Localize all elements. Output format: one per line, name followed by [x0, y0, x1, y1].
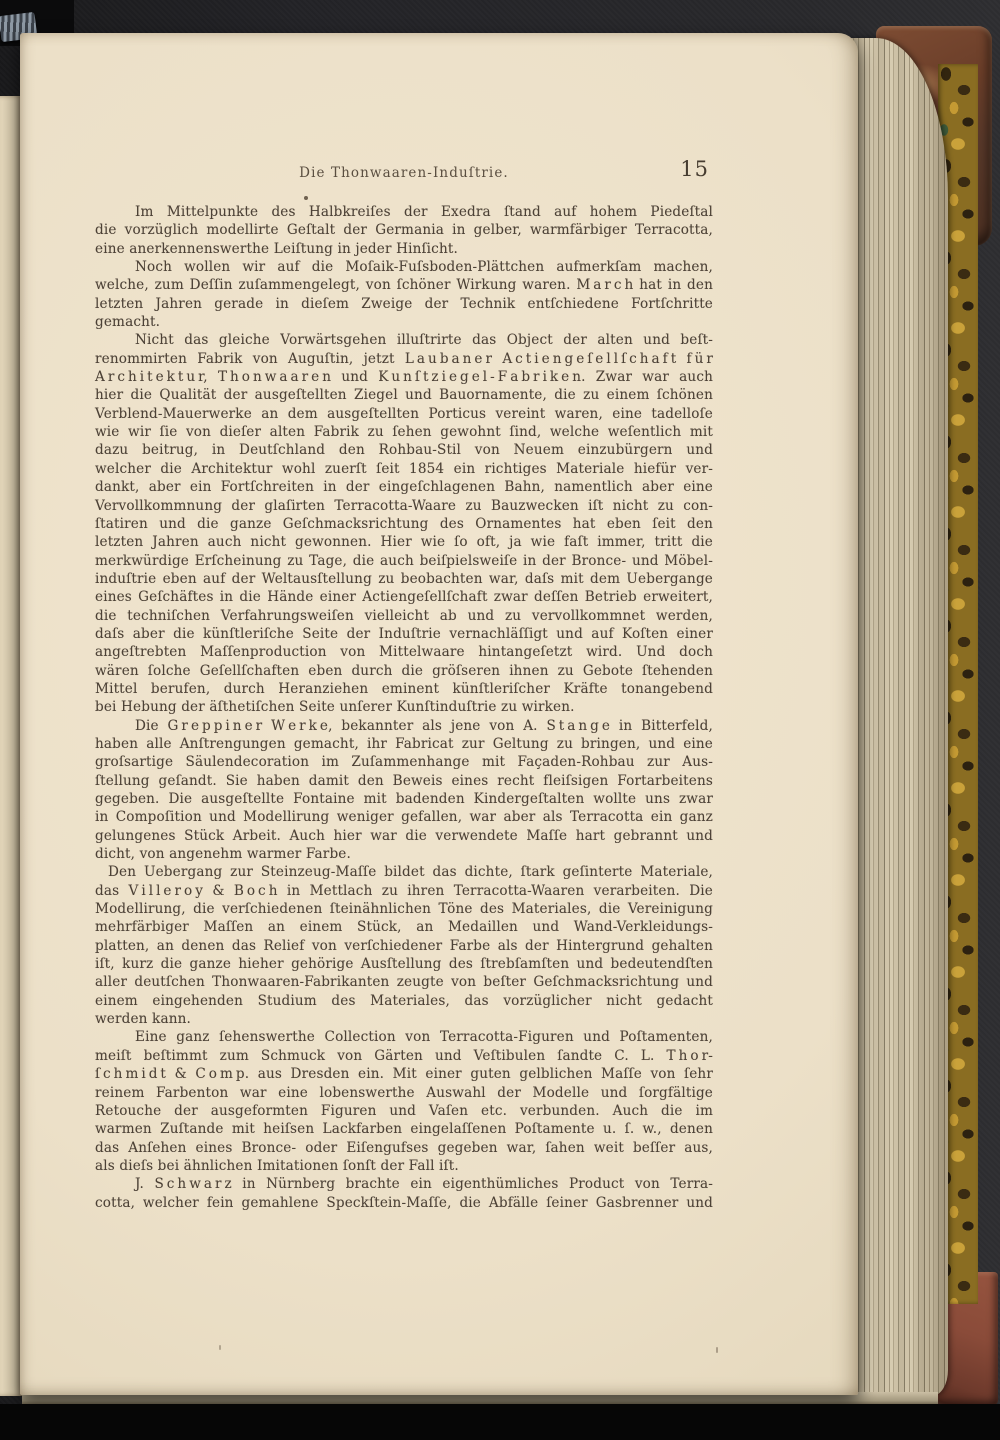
text-line: renommirten Fabrik von Auguſtin, jetzt L…: [95, 350, 713, 368]
text-line: aller deutſchen Thonwaaren-Fabrikanten z…: [95, 973, 713, 991]
text-line: Den Uebergang zur Steinzeug-Maſſe bildet…: [95, 863, 713, 881]
page-header: Die Thonwaaren-Induſtrie. 15: [95, 161, 713, 187]
paragraph: J. S c h w a r z in Nürnberg brachte ein…: [95, 1175, 713, 1212]
text-line: ſtatiren und die ganze Geſchmacksrichtun…: [95, 515, 713, 533]
page-number: 15: [680, 157, 709, 181]
text-line: welcher die Architektur wohl zuerſt ſeit…: [95, 460, 713, 478]
left-page-edge: [0, 96, 22, 1396]
text-line: Noch wollen wir auf die Moſaik-Fuſsboden…: [95, 258, 713, 276]
text-line: eines Geſchäftes in die Hände einer Acti…: [95, 588, 713, 606]
ink-speck: [304, 196, 308, 200]
text-line: das V i l l e r o y & B o c h in Mettlac…: [95, 882, 713, 900]
table-surface-shadow: [0, 1404, 1000, 1440]
text-line: welche, zum Deſſin zuſammengelegt, von ſ…: [95, 276, 713, 294]
paragraphs-container: Im Mittelpunkte des Halbkreiſes der Exed…: [95, 203, 713, 1212]
text-line: dicht, von angenehm warmer Farbe.: [95, 845, 713, 863]
text-line: merkwürdige Erſcheinung zu Tage, die auc…: [95, 552, 713, 570]
page-stack-fore-edge: [850, 38, 948, 1396]
scanned-book-photo: { "book": { "header": { "title": "Die Th…: [0, 0, 1000, 1440]
text-line: cotta, welcher fein gemahlene Speckſtein…: [95, 1194, 713, 1212]
text-line: gelungenes Stück Arbeit. Auch hier war d…: [95, 827, 713, 845]
text-line: Nicht das gleiche Vorwärtsgehen illuſtri…: [95, 331, 713, 349]
text-line: angeſtrebten Maſſenproduction von Mittel…: [95, 643, 713, 661]
text-line: reinem Farbenton war eine lobenswerthe A…: [95, 1084, 713, 1102]
text-line: iſt, kurz die ganze hieher gehörige Ausſ…: [95, 955, 713, 973]
text-line: J. S c h w a r z in Nürnberg brachte ein…: [95, 1175, 713, 1193]
text-line: hier die Qualität der ausgeſtellten Zieg…: [95, 386, 713, 404]
text-line: das Anſehen eines Bronce- oder Eiſengufs…: [95, 1139, 713, 1157]
text-line: wie wir ſie von dieſer alten Fabrik zu ſ…: [95, 423, 713, 441]
paragraph: Noch wollen wir auf die Moſaik-Fuſsboden…: [95, 258, 713, 331]
text-line: Modellirung, die verſchiedenen ſteinähnl…: [95, 900, 713, 918]
text-line: dazu beitrug, in Deutſchland den Rohbau-…: [95, 441, 713, 459]
ink-speck: [716, 1347, 718, 1353]
running-header-title: Die Thonwaaren-Induſtrie.: [299, 165, 509, 181]
ink-speck: [219, 1345, 221, 1350]
text-line: groſsartige Säulendecoration im Zuſammen…: [95, 753, 713, 771]
text-line: werden kann.: [95, 1010, 713, 1028]
text-line: letzten Jahren auch nicht gewonnen. Hier…: [95, 533, 713, 551]
text-line: Die G r e p p i n e r W e r k e, bekannt…: [95, 717, 713, 735]
text-line: als dieſs bei ähnlichen Imitationen ſonſ…: [95, 1157, 713, 1175]
text-line: warmen Zuſtande mit heiſsen Lackfarben e…: [95, 1120, 713, 1138]
text-line: Mittel berufen, durch Heranziehen eminen…: [95, 680, 713, 698]
text-line: meiſt beſtimmt zum Schmuck von Gärten un…: [95, 1047, 713, 1065]
text-line: Retouche der ausgeformten Figuren und Va…: [95, 1102, 713, 1120]
book-page: Die Thonwaaren-Induſtrie. 15 Im Mittelpu…: [20, 33, 858, 1395]
text-line: bei Hebung der äſthetiſchen Seite unſere…: [95, 698, 713, 716]
text-line: die vorzüglich modellirte Geſtalt der Ge…: [95, 221, 713, 239]
text-line: letzten Jahren gerade in dieſem Zweige d…: [95, 295, 713, 313]
text-line: Eine ganz ſehenswerthe Collection von Te…: [95, 1028, 713, 1046]
text-line: Verblend-Mauerwerke an dem ausgeſtellten…: [95, 405, 713, 423]
paragraph: Den Uebergang zur Steinzeug-Maſſe bildet…: [95, 863, 713, 1028]
text-line: ſ c h m i d t & C o m p. aus Dresden ein…: [95, 1065, 713, 1083]
text-line: eine anerkennenswerthe Leiſtung in jeder…: [95, 240, 713, 258]
text-line: die techniſchen Verfahrungsweiſen vielle…: [95, 607, 713, 625]
text-block: Die Thonwaaren-Induſtrie. 15 Im Mittelpu…: [95, 161, 713, 1212]
paragraph: Eine ganz ſehenswerthe Collection von Te…: [95, 1028, 713, 1175]
text-line: dankt, aber ein Fortſchreiten in der ein…: [95, 478, 713, 496]
text-line: in Compoſition und Modellirung weniger g…: [95, 808, 713, 826]
paragraph: Die G r e p p i n e r W e r k e, bekannt…: [95, 717, 713, 864]
text-line: daſs aber die künſtleriſche Seite der In…: [95, 625, 713, 643]
text-line: platten, an denen das Relief von verſchi…: [95, 937, 713, 955]
text-line: ſtellung geſandt. Sie haben damit den Be…: [95, 772, 713, 790]
paragraph: Im Mittelpunkte des Halbkreiſes der Exed…: [95, 203, 713, 258]
text-line: induſtrie eben auf der Weltausſtellung z…: [95, 570, 713, 588]
paragraph: Nicht das gleiche Vorwärtsgehen illuſtri…: [95, 331, 713, 716]
text-line: gegeben. Die ausgeſtellte Fontaine mit b…: [95, 790, 713, 808]
text-line: Vervollkommnung der glaſirten Terracotta…: [95, 497, 713, 515]
text-line: einem eingehenden Studium des Materiales…: [95, 992, 713, 1010]
text-line: wären ſolche Geſellſchaften eben durch d…: [95, 662, 713, 680]
text-line: mehrfärbiger Maſſen an einem Stück, an M…: [95, 918, 713, 936]
text-line: gemacht.: [95, 313, 713, 331]
text-line: Im Mittelpunkte des Halbkreiſes der Exed…: [95, 203, 713, 221]
text-line: A r c h i t e k t u r, T h o n w a a r e…: [95, 368, 713, 386]
text-line: haben alle Anſtrengungen gemacht, ihr Fa…: [95, 735, 713, 753]
